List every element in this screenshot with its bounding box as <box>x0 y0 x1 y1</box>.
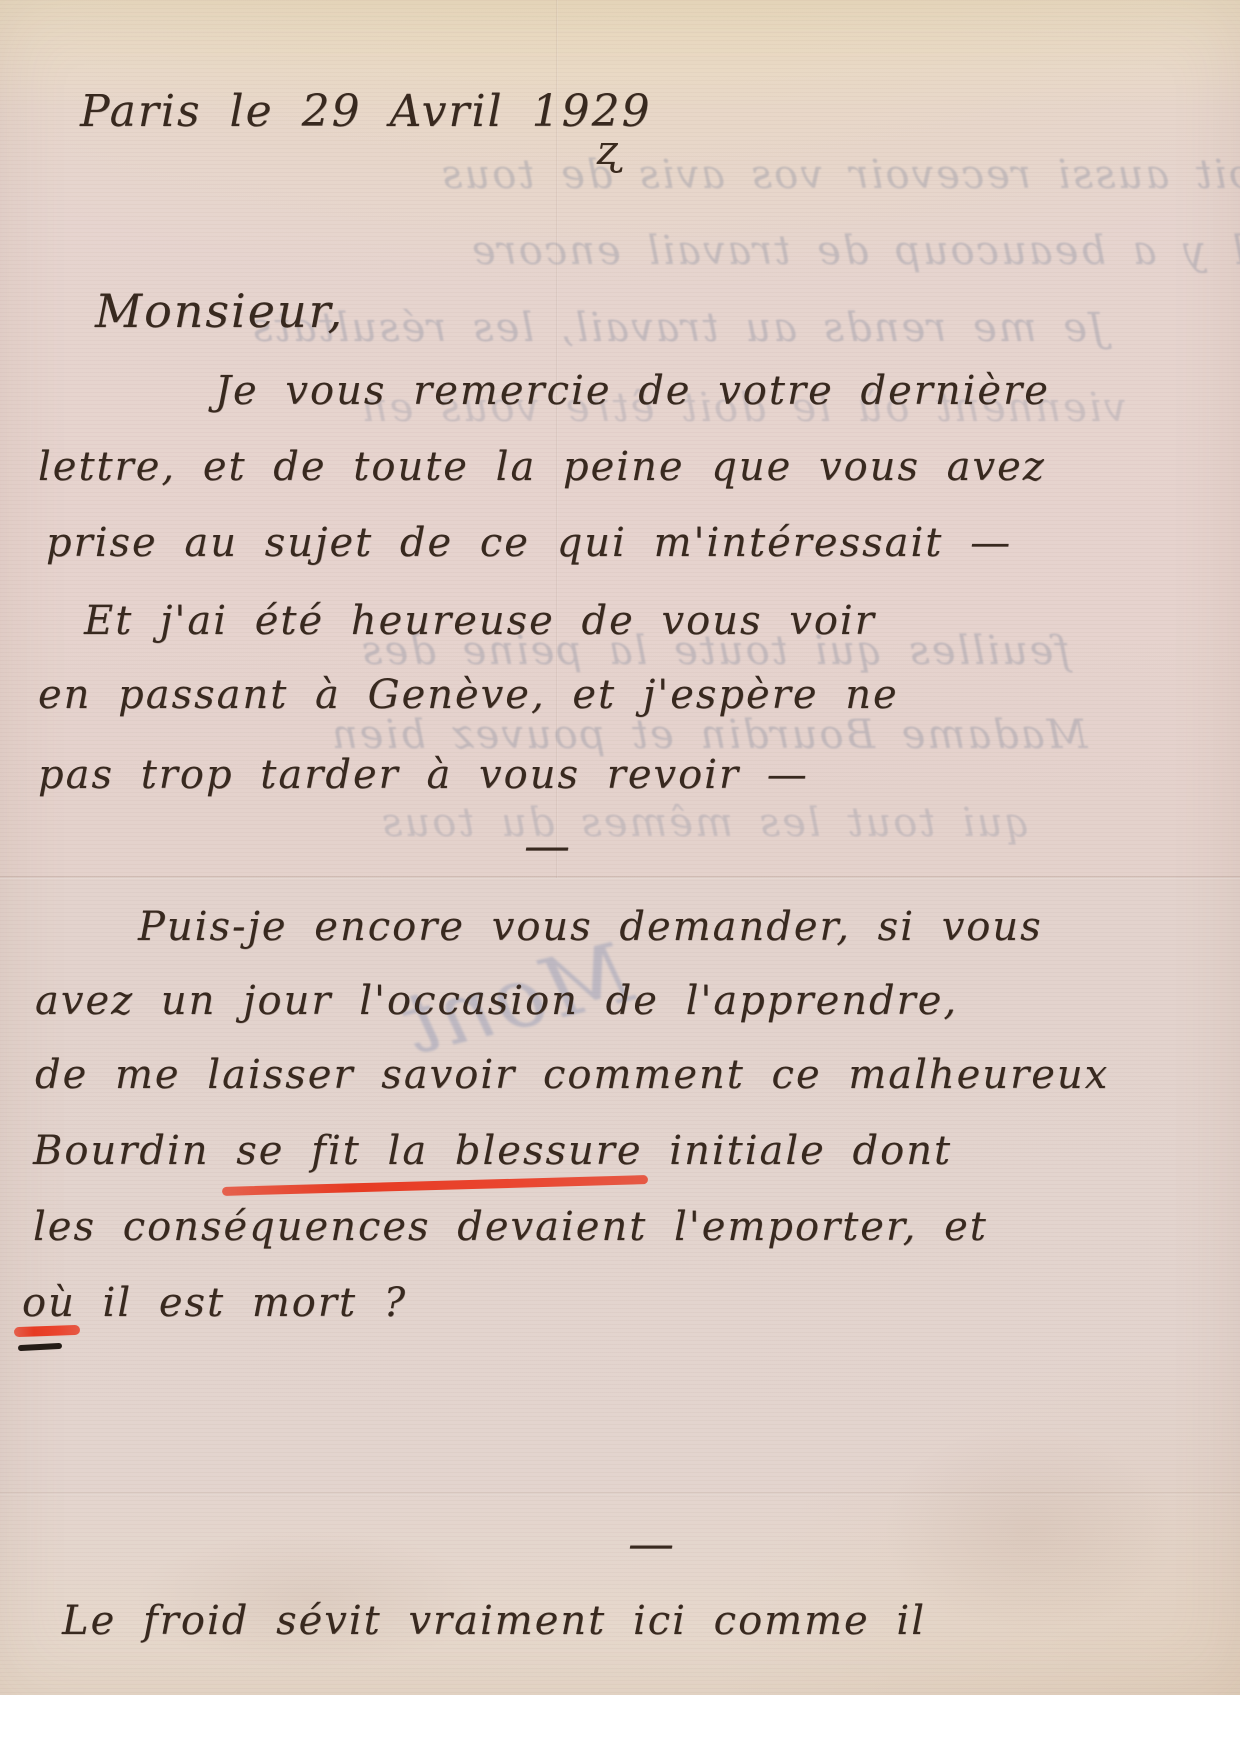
separator-dash: — <box>628 1516 674 1570</box>
ghost-bleedthrough-line: qui tout les mêmes du tous <box>380 800 1030 846</box>
handwritten-line: de me laisser savoir comment ce malheure… <box>35 1052 1109 1098</box>
date-line: Paris le 29 Avril 1929 <box>80 86 652 137</box>
handwritten-line: pas trop tarder à vous revoir — <box>38 752 809 798</box>
red-underlined-word: où <box>22 1280 76 1326</box>
handwritten-line: Je vous remercie de votre dernière <box>215 368 1050 414</box>
line-text: il est mort ? <box>76 1280 407 1326</box>
handwritten-line: Et j'ai été heureuse de vous voir <box>84 598 876 644</box>
letter-page: doit aussi recevoir vos avis de tous Et … <box>0 0 1240 1695</box>
fold-crease-horizontal <box>0 876 1240 879</box>
salutation: Monsieur, <box>95 284 344 338</box>
handwritten-line: prise au sujet de ce qui m'intéressait — <box>46 520 1012 566</box>
ghost-bleedthrough-line: Je me rends au travail, les résultats <box>250 305 1105 351</box>
line-text: initiale dont <box>643 1128 952 1174</box>
handwritten-line: en passant à Genève, et j'espère ne <box>38 672 899 718</box>
handwritten-line: où il est mort ? <box>22 1280 407 1326</box>
handwritten-line: Puis-je encore vous demander, si vous <box>138 904 1043 950</box>
ink-flourish: ʐ <box>596 128 620 174</box>
handwritten-line: les conséquences devaient l'emporter, et <box>33 1204 988 1250</box>
ghost-bleedthrough-line: doit aussi recevoir vos avis de tous <box>440 152 1240 198</box>
handwritten-line: Le froid sévit vraiment ici comme il <box>62 1598 926 1644</box>
red-underlined-phrase: se fit la blessure <box>236 1128 642 1174</box>
line-text: Bourdin <box>33 1128 236 1174</box>
handwritten-line: lettre, et de toute la peine que vous av… <box>38 444 1046 490</box>
fold-crease-horizontal <box>0 1492 1240 1495</box>
handwritten-line: avez un jour l'occasion de l'apprendre, <box>35 978 958 1024</box>
scan-bottom-margin <box>0 1695 1240 1754</box>
separator-dash: — <box>524 818 570 872</box>
handwritten-line: Bourdin se fit la blessure initiale dont <box>33 1128 952 1174</box>
ghost-bleedthrough-line: Et il y a beaucoup de travail encore <box>470 228 1240 274</box>
